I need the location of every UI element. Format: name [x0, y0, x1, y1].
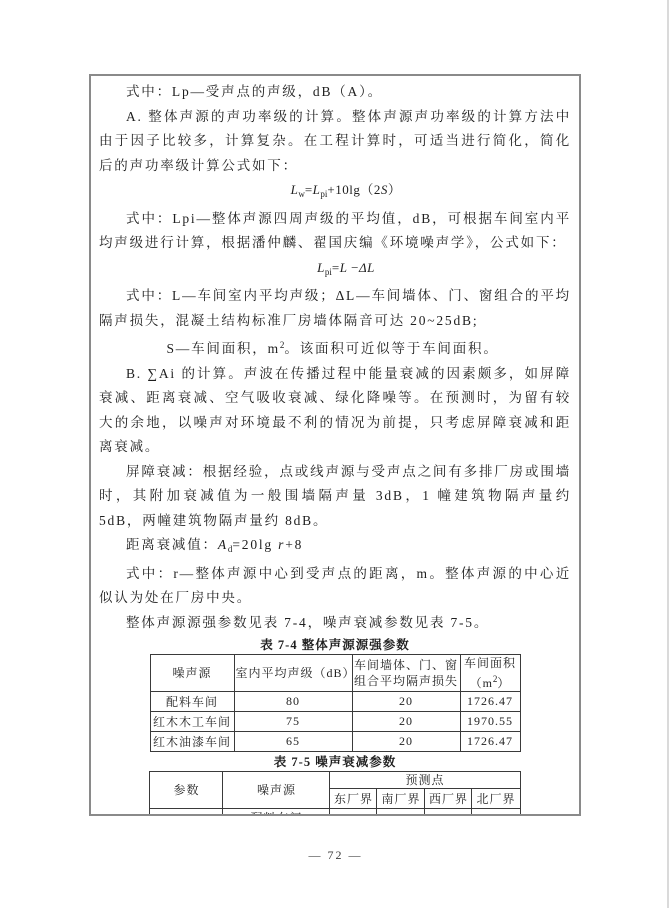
- table-header-indoor-level: 室内平均声级（dB）: [234, 655, 352, 692]
- table-cell: 20: [352, 732, 460, 752]
- table-cell: 红木木工车间: [150, 712, 234, 732]
- formula-lw: Lw=Lpi+10lg（2S）: [99, 178, 571, 207]
- table-header-prediction-points: 预测点: [330, 772, 520, 789]
- table-header-area-pre: （m: [470, 676, 493, 690]
- table-7-5: 参数 噪声源 预测点 东厂界 南厂界 西厂界 北厂界 距离（m） 配料车间 25…: [149, 771, 520, 816]
- formula-lpi-dl: ΔL: [359, 260, 375, 275]
- table-header-area-post: ）: [497, 676, 510, 690]
- distance-attenuation-label: 距离衰减值：: [126, 537, 218, 552]
- table-header-row: 噪声源 室内平均声级（dB） 车间墙体、门、窗组合平均隔声损失 车间面积（m2）: [150, 655, 520, 692]
- formula-lpi-eq: =: [332, 260, 340, 275]
- paragraph-distance-attenuation: 距离衰减值：Ad=20lg r+8: [99, 533, 571, 562]
- table-cell: 75: [234, 712, 352, 732]
- table-header-parameter: 参数: [150, 772, 223, 809]
- paragraph-s-definition: S—车间面积，m2。该面积可近似等于车间面积。: [99, 333, 571, 362]
- formula-lw-end: ）: [388, 182, 402, 197]
- table-cell: 1726.47: [460, 692, 520, 712]
- table-cell: 20: [352, 692, 460, 712]
- paragraph-a-power-level: A. 整体声源的声功率级的计算。整体声源声功率级的计算方法中由于因子比较多，计算…: [99, 105, 571, 179]
- table-cell: 80: [234, 692, 352, 712]
- table-header-row: 参数 噪声源 预测点: [150, 772, 520, 789]
- table-cell: 红木油漆车间: [150, 732, 234, 752]
- paragraph-barrier-attenuation: 屏障衰减：根据经验，点或线声源与受声点之间有多排厂房或围墙时，其附加衰减值为一般…: [99, 460, 571, 534]
- page-number: — 72 —: [0, 848, 671, 863]
- formula-lpi-minus: −: [347, 260, 359, 275]
- formula-lw-s: S: [381, 182, 388, 197]
- table-cell: 1970.55: [460, 712, 520, 732]
- table-header-north-boundary: 北厂界: [472, 789, 520, 809]
- table-header-area-line1: 车间面积: [464, 656, 516, 670]
- table-cell: 170: [377, 809, 425, 817]
- table-cell: 配料车间: [223, 809, 330, 817]
- table-header-noise-source: 噪声源: [150, 655, 234, 692]
- paragraph-r-definition: 式中：r—整体声源中心到受声点的距离，m。整体声源的中心近似认为处在厂房中央。: [99, 562, 571, 611]
- table-header-south-boundary: 南厂界: [377, 789, 425, 809]
- table-cell: 20: [352, 712, 460, 732]
- formula-ad-var: A: [218, 537, 228, 552]
- paragraph-lp-definition: 式中：Lp—受声点的声级，dB（A）。: [99, 80, 571, 105]
- table-7-4-caption: 表 7-4 整体声源源强参数: [99, 638, 571, 653]
- paragraph-table-reference: 整体声源源强参数见表 7-4，噪声衰减参数见表 7-5。: [99, 611, 571, 636]
- table-cell: 1726.47: [460, 732, 520, 752]
- table-cell: 25: [330, 809, 377, 817]
- table-row: 红木木工车间 75 20 1970.55: [150, 712, 520, 732]
- table-row: 配料车间 80 20 1726.47: [150, 692, 520, 712]
- formula-lpi: Lpi=L −ΔL: [99, 256, 571, 285]
- formula-ad-mid: =20lg: [232, 537, 278, 552]
- table-cell: 84: [425, 809, 472, 817]
- paragraph-b-attenuation: B. ∑Ai 的计算。声波在传播过程中能量衰减的因素颇多，如屏障衰减、距离衰减、…: [99, 362, 571, 460]
- formula-lw-mid: +10lg（2: [327, 182, 380, 197]
- table-cell: 32: [472, 809, 520, 817]
- paragraph-s-pre: S—车间面积，m: [167, 341, 280, 356]
- table-header-area: 车间面积（m2）: [460, 655, 520, 692]
- table-7-5-caption: 表 7-5 噪声衰减参数: [99, 755, 571, 770]
- table-header-noise-source: 噪声源: [223, 772, 330, 809]
- scan-page-edge: [667, 0, 669, 908]
- formula-lpi-sub: pi: [325, 267, 332, 277]
- table-cell: 65: [234, 732, 352, 752]
- table-row: 距离（m） 配料车间 25 170 84 32: [150, 809, 520, 817]
- table-header-east-boundary: 东厂界: [330, 789, 377, 809]
- table-cell-distance-label: 距离（m）: [150, 809, 223, 817]
- formula-ad-end: +8: [285, 537, 303, 552]
- table-header-insulation-loss: 车间墙体、门、窗组合平均隔声损失: [352, 655, 460, 692]
- formula-lpi-var: L: [317, 260, 325, 275]
- paragraph-lpi-definition: 式中：Lpi—整体声源四周声级的平均值，dB，可根据车间室内平均声级进行计算，根…: [99, 207, 571, 256]
- paragraph-l-definition: 式中：L—车间室内平均声级；ΔL—车间墙体、门、窗组合的平均隔声损失，混凝土结构…: [99, 284, 571, 333]
- document-frame: 式中：Lp—受声点的声级，dB（A）。 A. 整体声源的声功率级的计算。整体声源…: [89, 74, 581, 816]
- paragraph-s-post: 。该面积可近似等于车间面积。: [284, 341, 498, 356]
- table-row: 红木油漆车间 65 20 1726.47: [150, 732, 520, 752]
- table-cell: 配料车间: [150, 692, 234, 712]
- table-7-4: 噪声源 室内平均声级（dB） 车间墙体、门、窗组合平均隔声损失 车间面积（m2）…: [150, 654, 521, 752]
- formula-lw-eq: =: [305, 182, 313, 197]
- table-header-west-boundary: 西厂界: [425, 789, 472, 809]
